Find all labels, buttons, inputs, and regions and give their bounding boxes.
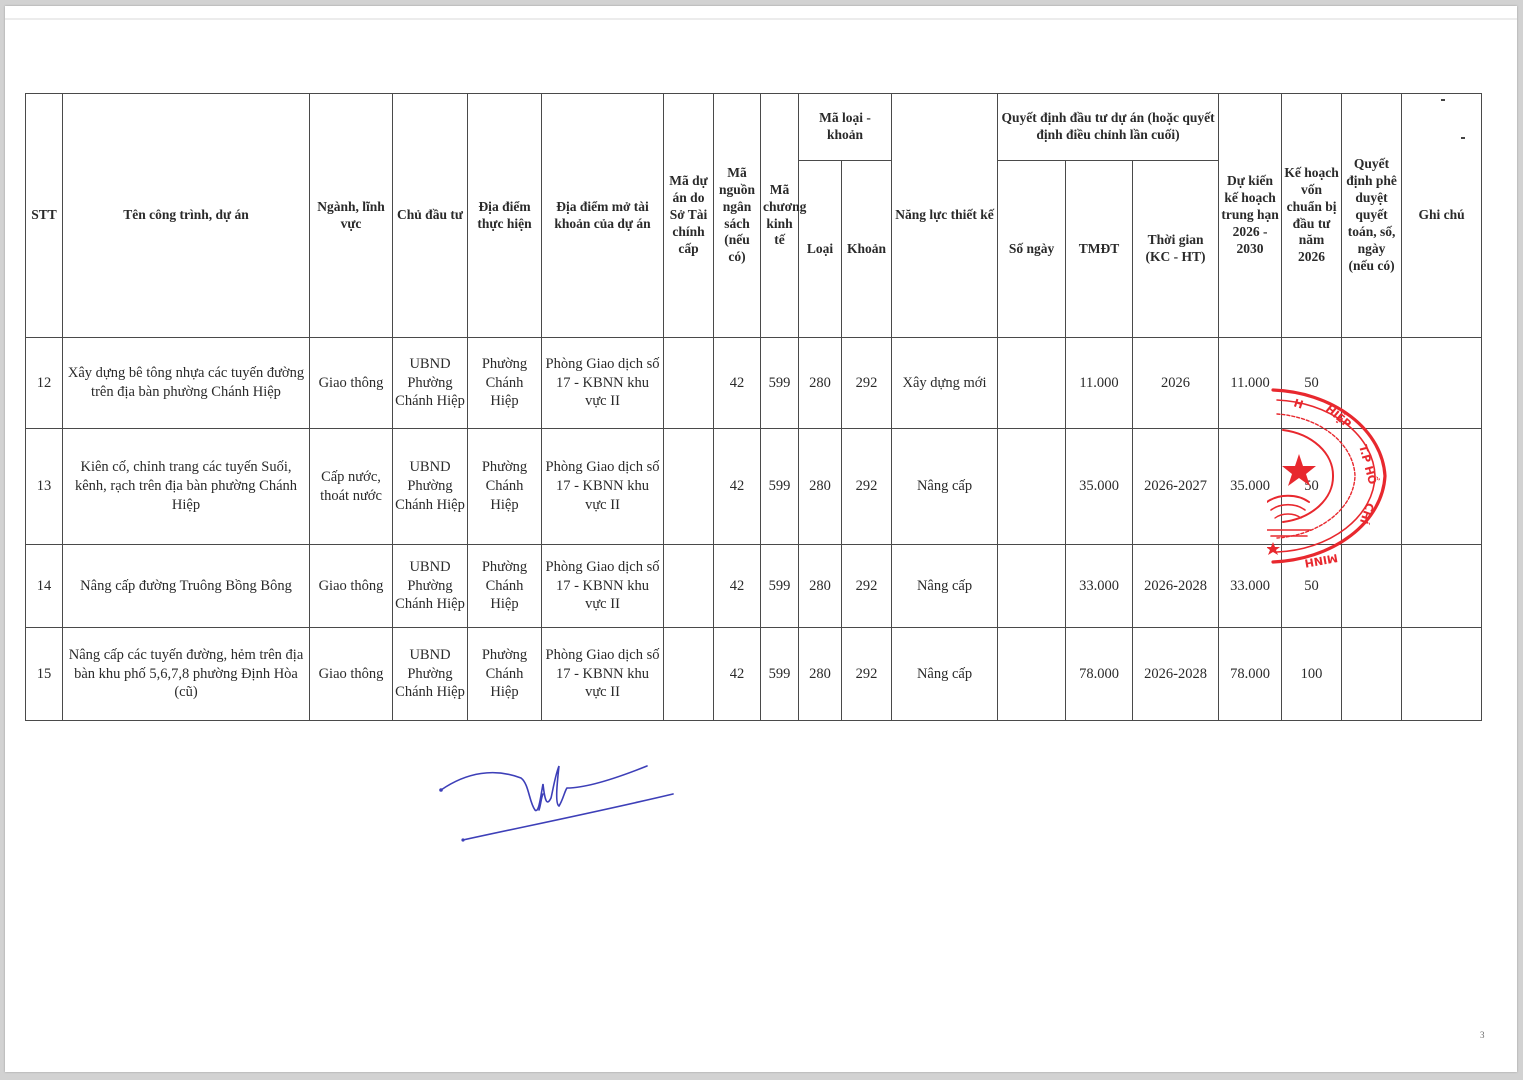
cell-notes bbox=[1402, 338, 1482, 429]
cell-settlement-decision bbox=[1342, 628, 1402, 721]
cell-item: 292 bbox=[842, 338, 892, 429]
cell-type: 280 bbox=[799, 429, 842, 545]
cell-total-investment: 11.000 bbox=[1066, 338, 1133, 429]
cell-design-capacity: Nâng cấp bbox=[892, 628, 998, 721]
header-row-top: STT Tên công trình, dự án Ngành, lĩnh vự… bbox=[26, 94, 1482, 161]
signature-icon bbox=[437, 754, 677, 849]
cell-prep-capital-2026: 50 bbox=[1282, 545, 1342, 628]
cell-name: Nâng cấp các tuyến đường, hẻm trên địa b… bbox=[63, 628, 310, 721]
header-project-code: Mã dự án do Sở Tài chính cấp bbox=[664, 94, 714, 338]
cell-budget-source-code: 42 bbox=[714, 545, 761, 628]
cell-stt: 12 bbox=[26, 338, 63, 429]
cell-notes bbox=[1402, 429, 1482, 545]
cell-budget-source-code: 42 bbox=[714, 628, 761, 721]
header-location: Địa điểm thực hiện bbox=[468, 94, 542, 338]
cell-stt: 15 bbox=[26, 628, 63, 721]
table-row: 12 Xây dựng bê tông nhựa các tuyến đường… bbox=[26, 338, 1482, 429]
cell-name: Kiên cố, chỉnh trang các tuyến Suối, kên… bbox=[63, 429, 310, 545]
cell-design-capacity: Nâng cấp bbox=[892, 429, 998, 545]
cell-account-location: Phòng Giao dịch số 17 - KBNN khu vực II bbox=[542, 545, 664, 628]
cell-location: Phường Chánh Hiệp bbox=[468, 628, 542, 721]
header-stt: STT bbox=[26, 94, 63, 338]
cell-account-location: Phòng Giao dịch số 17 - KBNN khu vực II bbox=[542, 628, 664, 721]
cell-design-capacity: Nâng cấp bbox=[892, 545, 998, 628]
header-sector: Ngành, lĩnh vực bbox=[310, 94, 393, 338]
cell-economic-chapter-code: 599 bbox=[761, 338, 799, 429]
cell-total-investment: 78.000 bbox=[1066, 628, 1133, 721]
header-duration: Thời gian (KC - HT) bbox=[1133, 161, 1219, 338]
cell-stt: 14 bbox=[26, 545, 63, 628]
cell-duration: 2026-2027 bbox=[1133, 429, 1219, 545]
cell-sector: Cấp nước, thoát nước bbox=[310, 429, 393, 545]
table-row: 15 Nâng cấp các tuyến đường, hẻm trên đị… bbox=[26, 628, 1482, 721]
table-row: 14 Nâng cấp đường Truông Bồng Bông Giao … bbox=[26, 545, 1482, 628]
cell-location: Phường Chánh Hiệp bbox=[468, 429, 542, 545]
cell-sector: Giao thông bbox=[310, 628, 393, 721]
cell-midterm-plan: 11.000 bbox=[1219, 338, 1282, 429]
header-decision-number-date: Số ngày bbox=[998, 161, 1066, 338]
cell-settlement-decision bbox=[1342, 545, 1402, 628]
scan-mark bbox=[1461, 137, 1465, 139]
cell-settlement-decision bbox=[1342, 429, 1402, 545]
cell-total-investment: 33.000 bbox=[1066, 545, 1133, 628]
cell-midterm-plan: 33.000 bbox=[1219, 545, 1282, 628]
cell-economic-chapter-code: 599 bbox=[761, 545, 799, 628]
cell-item: 292 bbox=[842, 429, 892, 545]
header-notes: Ghi chú bbox=[1402, 94, 1482, 338]
cell-item: 292 bbox=[842, 545, 892, 628]
cell-notes bbox=[1402, 545, 1482, 628]
header-decision-group: Quyết định đầu tư dự án (hoặc quyết định… bbox=[998, 94, 1219, 161]
cell-project-code bbox=[664, 338, 714, 429]
cell-name: Xây dựng bê tông nhựa các tuyến đường tr… bbox=[63, 338, 310, 429]
cell-item: 292 bbox=[842, 628, 892, 721]
cell-duration: 2026 bbox=[1133, 338, 1219, 429]
header-economic-chapter-code: Mã chương kinh tế bbox=[761, 94, 799, 338]
cell-settlement-decision bbox=[1342, 338, 1402, 429]
cell-investor: UBND Phường Chánh Hiệp bbox=[393, 338, 468, 429]
cell-location: Phường Chánh Hiệp bbox=[468, 338, 542, 429]
cell-account-location: Phòng Giao dịch số 17 - KBNN khu vực II bbox=[542, 338, 664, 429]
cell-duration: 2026-2028 bbox=[1133, 545, 1219, 628]
cell-location: Phường Chánh Hiệp bbox=[468, 545, 542, 628]
cell-account-location: Phòng Giao dịch số 17 - KBNN khu vực II bbox=[542, 429, 664, 545]
document-page: STT Tên công trình, dự án Ngành, lĩnh vự… bbox=[5, 6, 1517, 1072]
cell-total-investment: 35.000 bbox=[1066, 429, 1133, 545]
cell-prep-capital-2026: 50 bbox=[1282, 338, 1342, 429]
cell-stt: 13 bbox=[26, 429, 63, 545]
header-item: Khoản bbox=[842, 161, 892, 338]
cell-type: 280 bbox=[799, 545, 842, 628]
cell-decision-number-date bbox=[998, 338, 1066, 429]
scan-mark bbox=[1441, 99, 1445, 101]
header-settlement-decision: Quyết định phê duyệt quyết toán, số, ngà… bbox=[1342, 94, 1402, 338]
cell-investor: UBND Phường Chánh Hiệp bbox=[393, 429, 468, 545]
cell-investor: UBND Phường Chánh Hiệp bbox=[393, 628, 468, 721]
cell-decision-number-date bbox=[998, 429, 1066, 545]
cell-project-code bbox=[664, 628, 714, 721]
cell-decision-number-date bbox=[998, 628, 1066, 721]
cell-design-capacity: Xây dựng mới bbox=[892, 338, 998, 429]
cell-prep-capital-2026: 100 bbox=[1282, 628, 1342, 721]
page-number: 3 bbox=[1480, 1030, 1485, 1040]
cell-budget-source-code: 42 bbox=[714, 338, 761, 429]
cell-budget-source-code: 42 bbox=[714, 429, 761, 545]
cell-decision-number-date bbox=[998, 545, 1066, 628]
cell-economic-chapter-code: 599 bbox=[761, 429, 799, 545]
header-design-capacity: Năng lực thiết kế bbox=[892, 94, 998, 338]
header-prep-capital-2026: Kế hoạch vốn chuẩn bị đầu tư năm 2026 bbox=[1282, 94, 1342, 338]
cell-project-code bbox=[664, 545, 714, 628]
cell-notes bbox=[1402, 628, 1482, 721]
header-type-item-group: Mã loại - khoản bbox=[799, 94, 892, 161]
investment-plan-table: STT Tên công trình, dự án Ngành, lĩnh vự… bbox=[25, 93, 1482, 721]
header-type: Loại bbox=[799, 161, 842, 338]
table-row: 13 Kiên cố, chỉnh trang các tuyến Suối, … bbox=[26, 429, 1482, 545]
cell-project-code bbox=[664, 429, 714, 545]
cell-prep-capital-2026: 50 bbox=[1282, 429, 1342, 545]
header-account-location: Địa điểm mở tài khoản của dự án bbox=[542, 94, 664, 338]
cell-economic-chapter-code: 599 bbox=[761, 628, 799, 721]
header-investor: Chủ đầu tư bbox=[393, 94, 468, 338]
cell-duration: 2026-2028 bbox=[1133, 628, 1219, 721]
cell-investor: UBND Phường Chánh Hiệp bbox=[393, 545, 468, 628]
cell-midterm-plan: 78.000 bbox=[1219, 628, 1282, 721]
header-total-investment: TMĐT bbox=[1066, 161, 1133, 338]
cell-name: Nâng cấp đường Truông Bồng Bông bbox=[63, 545, 310, 628]
cell-type: 280 bbox=[799, 628, 842, 721]
cell-type: 280 bbox=[799, 338, 842, 429]
header-budget-source-code: Mã nguồn ngân sách (nếu có) bbox=[714, 94, 761, 338]
cell-sector: Giao thông bbox=[310, 338, 393, 429]
header-midterm-plan: Dự kiến kế hoạch trung hạn 2026 - 2030 bbox=[1219, 94, 1282, 338]
cell-midterm-plan: 35.000 bbox=[1219, 429, 1282, 545]
header-name: Tên công trình, dự án bbox=[63, 94, 310, 338]
cell-sector: Giao thông bbox=[310, 545, 393, 628]
